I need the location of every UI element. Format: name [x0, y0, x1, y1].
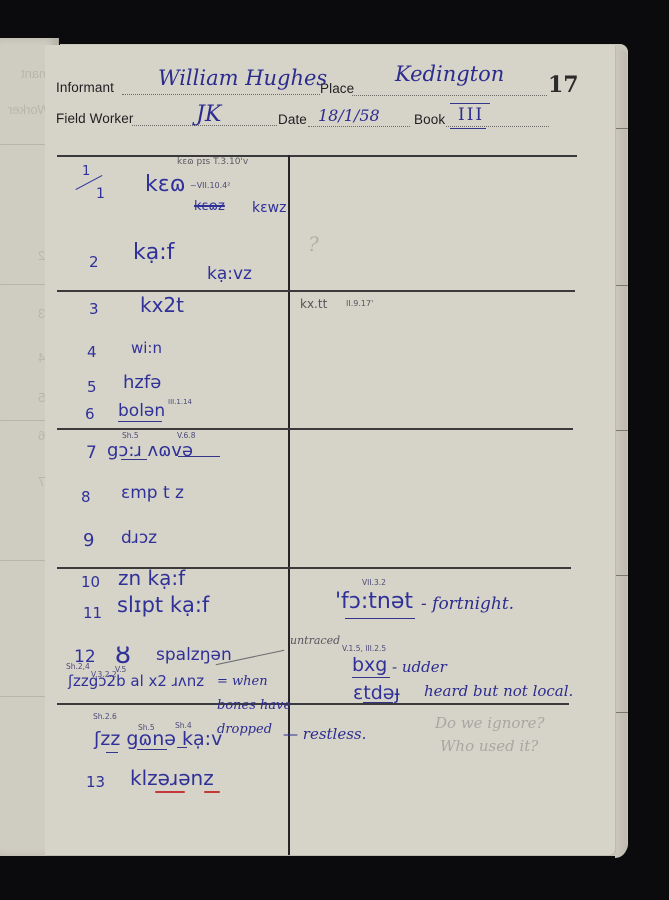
- entry-11-transcription: slɪpt kạ:f: [117, 593, 209, 617]
- entry-12-right-gloss2: heard but not local.: [424, 682, 573, 700]
- entry-10-transcription: zn kạ:f: [118, 566, 185, 590]
- entry-6-number: 6: [85, 405, 95, 423]
- entry-7-number: 7: [86, 443, 97, 463]
- row-rule: [57, 428, 573, 430]
- book-overline: [450, 103, 490, 104]
- entry-11-right-ref: VII.3.2: [362, 578, 386, 587]
- entry-6-underline: [118, 421, 162, 422]
- entry-6-ref: III.1.14: [168, 398, 192, 406]
- entry-13-number: 13: [86, 773, 105, 791]
- entry-12b-ref-a: Sh.2.6: [93, 712, 117, 721]
- entry-1-transcription: kɛɷ: [145, 172, 186, 197]
- entry-4-number: 4: [87, 343, 97, 361]
- entry-12-ref-a: Sh.2,4: [66, 662, 90, 671]
- entry-2-number: 2: [89, 253, 99, 271]
- page-number: 17: [548, 72, 579, 98]
- entry-12-right-word2-underline: [363, 702, 393, 703]
- entry-12b-underline-a: [106, 752, 118, 753]
- place-label: Place: [320, 81, 354, 96]
- pencil-note-who-used: Who used it?: [440, 737, 538, 755]
- entry-12-transcription: spalzŋən: [156, 645, 232, 665]
- informant-dotted-line: [122, 94, 320, 95]
- book-label: Book: [414, 112, 445, 127]
- entry-12b-underline-b: [137, 749, 167, 750]
- column-divider: [288, 155, 290, 855]
- entry-12-right-refs: V.1.5, III.2.5: [342, 644, 386, 653]
- entry-7-ref-b: V.6.8: [177, 431, 195, 440]
- entry-12-right-word1-underline: [352, 677, 390, 678]
- page-stack-edge: [615, 50, 627, 858]
- entry-13-red-underline-a: [155, 791, 185, 793]
- entry-12-margin-note: untraced: [290, 634, 340, 647]
- entry-1-variant-struck: kɛɷz: [194, 199, 225, 214]
- field-worker-value: JK: [196, 102, 221, 127]
- entry-4-transcription: wi:n: [131, 339, 162, 357]
- entry-1-note-above: kɛɷ pɪs T.3.10'v: [177, 157, 248, 167]
- page-edge-tick: [616, 712, 628, 713]
- entry-12-right-word1: bxg: [352, 654, 387, 676]
- entry-7-underline-b: [178, 456, 220, 457]
- entry-10-number: 10: [81, 573, 100, 591]
- entry-1-number: 1: [96, 186, 105, 202]
- row-rule: [57, 703, 569, 705]
- place-value: Kedington: [395, 62, 504, 86]
- ghost-worker-label: Worker: [8, 102, 50, 117]
- entry-3-right-ref: II.9.17': [346, 299, 373, 308]
- page-edge-tick: [616, 285, 628, 286]
- entry-5-number: 5: [87, 378, 97, 396]
- entry-8-number: 8: [81, 488, 91, 506]
- entry-13-transcription: klzəɹənz: [130, 766, 214, 790]
- table-top-rule: [57, 155, 577, 157]
- entry-12b-underline-c: [177, 747, 187, 748]
- entry-9-transcription: dɹɔz: [121, 528, 157, 548]
- informant-label: Informant: [56, 80, 114, 95]
- book-value: III: [458, 105, 484, 125]
- page-edge-tick: [616, 128, 628, 129]
- page-edge-tick: [616, 430, 628, 431]
- entry-1-prefix: 1: [82, 164, 90, 179]
- entry-12-line2: ʃzzgɔ2b al x2 ɹʌnz: [68, 672, 204, 690]
- entry-1-variant: kɛwz: [252, 200, 286, 216]
- entry-12b-transcription: ʃzz gɷnə kạ:v: [94, 728, 222, 750]
- entry-11-right-phonetic: 'fɔ:tnət: [335, 589, 413, 614]
- entry-8-transcription: ɛmp t z: [121, 483, 184, 503]
- informant-value: William Hughes: [158, 66, 327, 90]
- entry-11-number: 11: [83, 604, 102, 622]
- entry-3-number: 3: [89, 300, 99, 318]
- entry-11-right-gloss: - fortnight.: [421, 594, 514, 614]
- entry-12-right-gloss1: - udder: [392, 658, 447, 676]
- pencil-question-mark: ?: [308, 232, 319, 256]
- book-underline: [450, 128, 486, 129]
- date-value: 18/1/58: [318, 106, 380, 125]
- date-label: Date: [278, 112, 307, 127]
- entry-5-transcription: hzfə: [123, 372, 161, 393]
- entry-11-right-underline: [345, 618, 415, 619]
- entry-3-transcription: kx2t: [140, 293, 184, 317]
- entry-13-red-underline-b: [204, 791, 220, 793]
- entry-9-number: 9: [83, 530, 94, 551]
- entry-12b-gloss: — restless.: [283, 725, 366, 743]
- page-edge-tick: [616, 575, 628, 576]
- row-rule: [57, 290, 575, 292]
- entry-2-variant: kạ:vz: [207, 264, 252, 284]
- place-dotted-line: [352, 95, 547, 96]
- entry-2-transcription: kạ:f: [133, 240, 174, 265]
- entry-7-ref-a: Sh.5: [122, 431, 139, 440]
- entry-6-transcription: bolən: [118, 401, 165, 421]
- entry-7-transcription: gɔ:ɹ ʌɷvə: [107, 440, 193, 461]
- entry-7-underline-a: [121, 459, 147, 460]
- date-dotted-line: [308, 126, 410, 127]
- entry-3-right-note: kx.tt: [300, 297, 327, 311]
- pencil-note-ignore: Do we ignore?: [435, 714, 545, 732]
- entry-1-ref: ~VII.10.4²: [190, 181, 230, 190]
- book-dotted-line: [446, 126, 549, 127]
- entry-12-right-word2: ɛtdəɟ: [353, 682, 400, 704]
- field-worker-label: Field Worker: [56, 111, 133, 126]
